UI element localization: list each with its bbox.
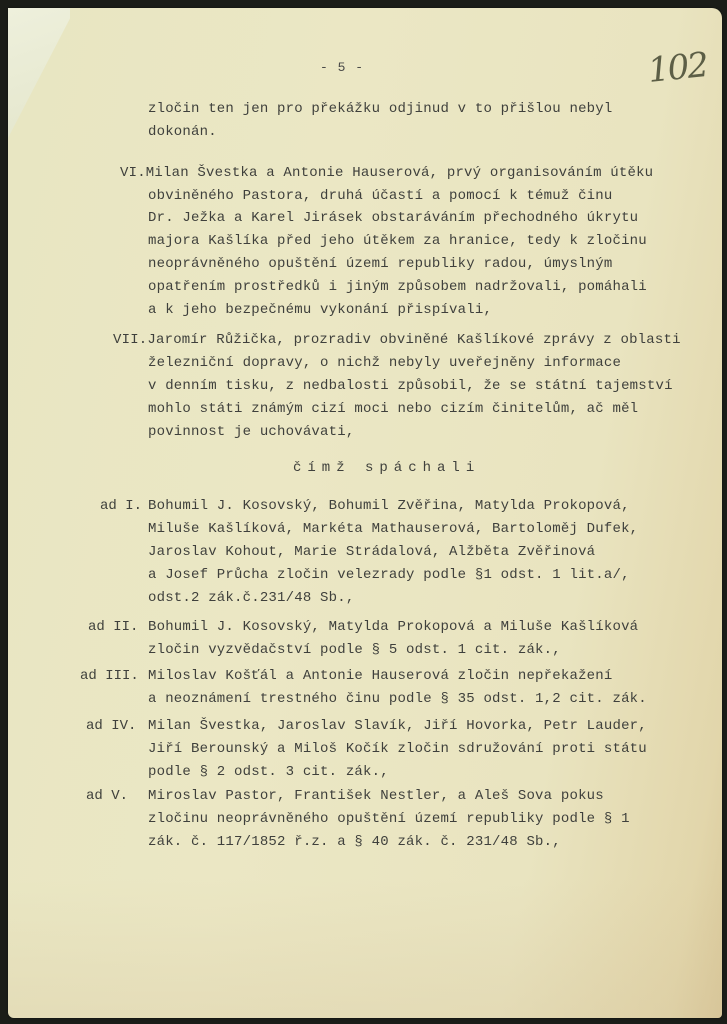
count-line: odst.2 zák.č.231/48 Sb., xyxy=(148,590,354,606)
count-line: zák. č. 117/1852 ř.z. a § 40 zák. č. 231… xyxy=(148,834,561,850)
paragraph-vii-line: VII.Jaromír Růžička, prozradiv obviněné … xyxy=(113,332,681,348)
count-label: ad IV. xyxy=(86,718,136,734)
paragraph-vii-line: mohlo státi známým cizí moci nebo cizím … xyxy=(148,401,638,417)
paragraph-vi-line: majora Kašlíka před jeho útěkem za hrani… xyxy=(148,233,647,249)
count-line: Milan Švestka, Jaroslav Slavík, Jiří Hov… xyxy=(148,718,647,734)
continuation-line: dokonán. xyxy=(148,124,217,140)
paragraph-vi-line: VI.Milan Švestka a Antonie Hauserová, pr… xyxy=(120,165,653,181)
paragraph-vii-line: povinnost je uchovávati, xyxy=(148,424,354,440)
count-line: Bohumil J. Kosovský, Matylda Prokopová a… xyxy=(148,619,638,635)
section-heading: čímž spáchali xyxy=(293,460,480,476)
handwritten-folio-number: 102 xyxy=(646,45,709,91)
count-label: ad V. xyxy=(86,788,128,804)
count-line: Bohumil J. Kosovský, Bohumil Zvěřina, Ma… xyxy=(148,498,630,514)
count-line: Miloslav Košťál a Antonie Hauserová zloč… xyxy=(148,668,612,684)
paragraph-vi-line: neoprávněného opuštění území republiky r… xyxy=(148,256,612,272)
count-line: Jiří Berounský a Miloš Kočík zločin sdru… xyxy=(148,741,647,757)
count-label: ad I. xyxy=(100,498,142,514)
count-line: podle § 2 odst. 3 cit. zák., xyxy=(148,764,389,780)
count-line: Jaroslav Kohout, Marie Strádalová, Alžbě… xyxy=(148,544,595,560)
count-label: ad III. xyxy=(80,668,139,684)
count-line: Miluše Kašlíková, Markéta Mathauserová, … xyxy=(148,521,638,537)
page-number: - 5 - xyxy=(320,60,364,75)
count-label: ad II. xyxy=(88,619,138,635)
paragraph-vi-line: opatřením prostředků i jiným způsobem na… xyxy=(148,279,647,295)
continuation-line: zločin ten jen pro překážku odjinud v to… xyxy=(148,101,612,117)
count-line: a neoznámení trestného činu podle § 35 o… xyxy=(148,691,647,707)
folded-page-corner xyxy=(8,8,70,138)
paragraph-vi-line: a k jeho bezpečnému vykonání přispívali, xyxy=(148,302,492,318)
paragraph-vi-line: obviněného Pastora, druhá účastí a pomoc… xyxy=(148,188,612,204)
typewritten-page: - 5 - 102 zločin ten jen pro překážku od… xyxy=(8,8,722,1018)
paragraph-vii-line: v denním tisku, z nedbalosti způsobil, ž… xyxy=(148,378,673,394)
count-line: Miroslav Pastor, František Nestler, a Al… xyxy=(148,788,604,804)
paragraph-vi-line: Dr. Ježka a Karel Jirásek obstaráváním p… xyxy=(148,210,638,226)
count-line: zločinu neoprávněného opuštění území rep… xyxy=(148,811,630,827)
count-line: a Josef Průcha zločin velezrady podle §1… xyxy=(148,567,630,583)
count-line: zločin vyzvědačství podle § 5 odst. 1 ci… xyxy=(148,642,561,658)
paragraph-vii-line: železniční dopravy, o nichž nebyly uveře… xyxy=(148,355,621,371)
